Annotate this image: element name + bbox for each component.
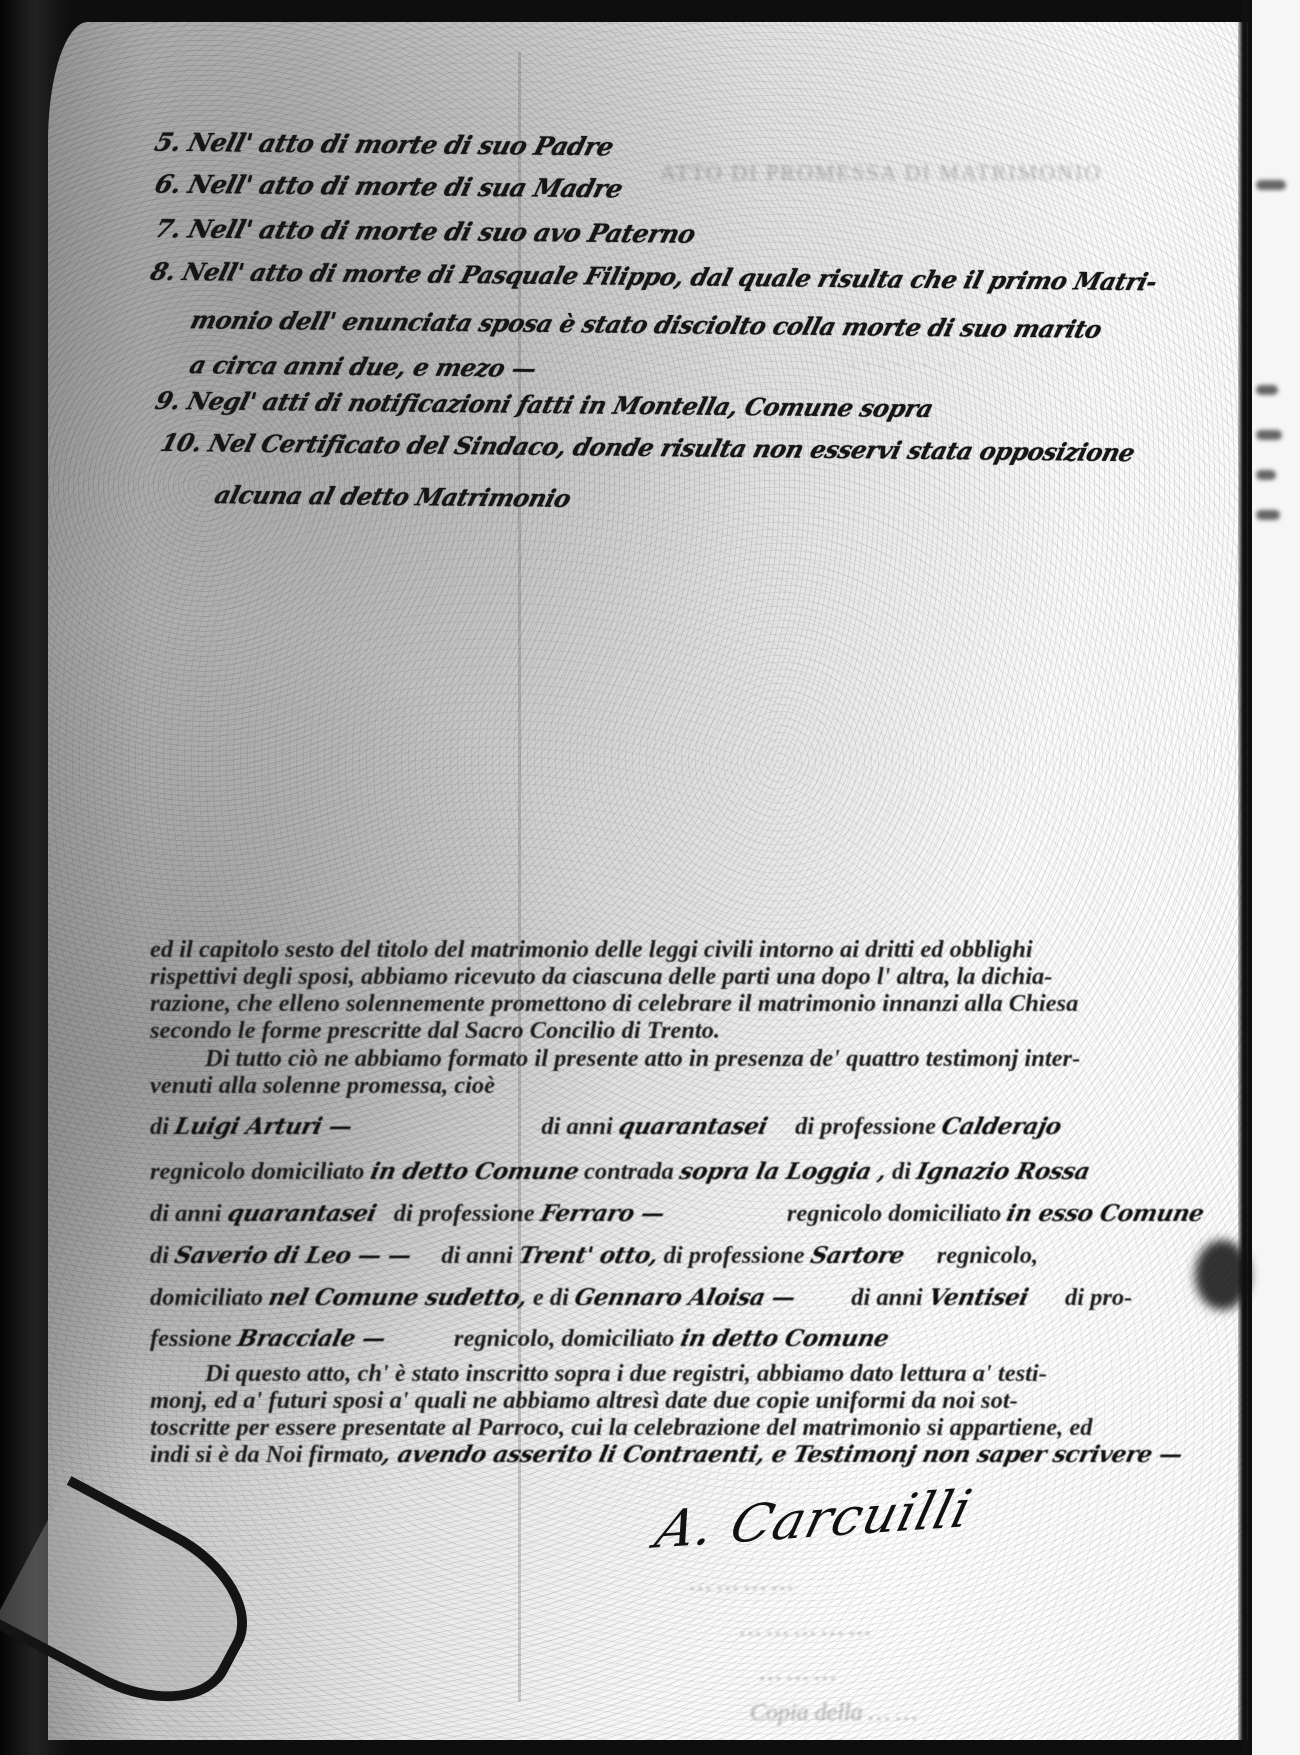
witness-1-residence: in detto Comune <box>368 1158 581 1185</box>
witness-2-age: quarantasei <box>225 1200 391 1227</box>
faint-text-line: Copia della … … <box>750 1700 917 1727</box>
list-item-6: 6. Nell' atto di morte di sua Madre <box>152 170 626 204</box>
witness-row-2: regnicolo domiciliato in detto Comune co… <box>150 1158 1240 1185</box>
witness-row-4: di Saverio di Leo — — di anni Trent' ott… <box>150 1242 1240 1269</box>
list-item-8-continuation-2: a circa anni due, e mezo — <box>187 350 540 383</box>
closing-line: indi si è da Noi firmato, avendo asserit… <box>150 1441 1240 1468</box>
list-item-5: 5. Nell' atto di morte di suo Padre <box>152 128 617 162</box>
item-text: Nell' atto di morte di suo avo Paterno <box>185 215 698 249</box>
item-text: Nell' atto di morte di suo Padre <box>185 128 617 161</box>
witness-3-residence: nel Comune sudetto, <box>266 1284 529 1311</box>
list-item-10-continuation: alcuna al detto Matrimonio <box>212 480 574 513</box>
scanned-document: ATTO DI PROMESSA DI MATRIMONIO · · · · ·… <box>0 0 1300 1755</box>
witness-row-5: domiciliato nel Comune sudetto, e di Gen… <box>150 1284 1240 1311</box>
witness-1-street: sopra la Loggia , <box>677 1158 889 1185</box>
witness-1-name: Luigi Arturi — <box>172 1113 538 1140</box>
witness-3-age: Trent' otto, <box>516 1242 660 1269</box>
item-number: 10. <box>158 428 206 457</box>
witness-row-6: fessione Bracciale — regnicolo, domicili… <box>150 1325 1240 1352</box>
printed-line: rispettivi degli sposi, abbiamo ricevuto… <box>150 963 1240 990</box>
printed-line: monj, ed a' futuri sposi a' quali ne abb… <box>150 1387 1240 1414</box>
witness-row-1: di Luigi Arturi — di anni quarantasei di… <box>150 1113 1240 1140</box>
witness-3-profession: Sartore <box>808 1242 934 1269</box>
printed-paragraph-2: Di tutto ciò ne abbiamo formato il prese… <box>150 1045 1240 1099</box>
closing-handwritten: , avendo asserito li Contraenti, e Testi… <box>381 1441 1186 1468</box>
witness-2-profession: Ferraro — <box>538 1200 784 1227</box>
printed-line: Di tutto ciò ne abbiamo formato il prese… <box>150 1045 1240 1072</box>
faint-text-line: … … … <box>760 1660 836 1687</box>
witness-2-residence: in esso Comune <box>1005 1200 1207 1227</box>
faint-text-line: … … … … <box>690 1570 793 1597</box>
witness-row-3: di anni quarantasei di professione Ferra… <box>150 1200 1240 1227</box>
witness-1-age: quarantasei <box>616 1113 792 1140</box>
printed-line: Di questo atto, ch' è stato inscritto so… <box>150 1360 1240 1387</box>
witness-4-name: Gennaro Aloisa — <box>572 1284 848 1311</box>
printed-paragraph-3: Di questo atto, ch' è stato inscritto so… <box>150 1360 1240 1468</box>
witness-4-age: Ventisei <box>926 1284 1062 1311</box>
list-item-7: 7. Nell' atto di morte di suo avo Patern… <box>152 214 699 249</box>
bleed-through-text: · · · · · · · · <box>850 355 959 376</box>
printed-line: toscritte per essere presentate al Parro… <box>150 1414 1240 1441</box>
witness-4-residence: in detto Comune <box>678 1325 891 1352</box>
witness-3-name: Saverio di Leo — — <box>172 1242 438 1269</box>
bleed-through-header: ATTO DI PROMESSA DI MATRIMONIO <box>660 160 1102 186</box>
witness-1-profession: Calderajo <box>939 1113 1064 1140</box>
item-text: Nell' atto di morte di sua Madre <box>185 170 626 204</box>
printed-line: secondo le forme prescritte dal Sacro Co… <box>150 1017 1240 1044</box>
ink-blot <box>1195 1240 1250 1310</box>
witness-2-name: Ignazio Rossa <box>914 1158 1092 1185</box>
faint-text-line: … … … … … <box>740 1615 871 1642</box>
printed-paragraph-1: ed il capitolo sesto del titolo del matr… <box>150 936 1240 1044</box>
printed-line: venuti alla solenne promessa, cioè <box>150 1072 1240 1099</box>
printed-line: razione, che elleno solennemente promett… <box>150 990 1240 1017</box>
printed-line: ed il capitolo sesto del titolo del matr… <box>150 936 1240 963</box>
adjacent-page-fragment <box>1252 0 1300 1755</box>
witness-4-profession: Bracciale — <box>235 1325 451 1352</box>
page-edge-divider <box>1238 0 1252 1755</box>
